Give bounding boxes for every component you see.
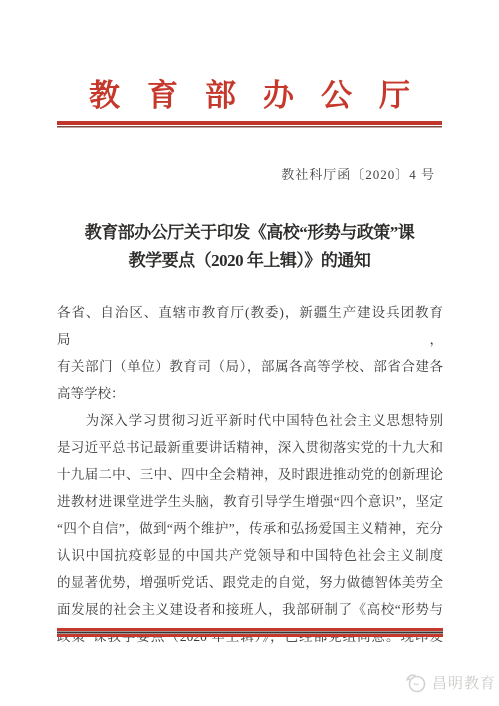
footer-rule (57, 628, 443, 637)
text-line: 高等学校： (57, 380, 443, 407)
recipients-paragraph: 各省、自治区、直辖市教育厅(教委)，新疆生产建设兵团教育局，有关部门（单位）教育… (57, 299, 443, 407)
changming-logo-icon (404, 670, 428, 694)
notice-title: 教育部办公厅关于印发《高校“形势与政策”课 教学要点（2020 年上辑）》的通知 (0, 219, 499, 275)
document-page: 教育部办公厅 教社科厅函〔2020〕4 号 教育部办公厅关于印发《高校“形势与政… (0, 0, 499, 706)
title-line-2: 教学要点（2020 年上辑）》的通知 (0, 247, 499, 275)
body-paragraph: 为深入学习贯彻习近平新时代中国特色社会主义思想特别是习近平总书记最新重要讲话精神… (57, 407, 443, 650)
notice-body: 各省、自治区、直辖市教育厅(教委)，新疆生产建设兵团教育局，有关部门（单位）教育… (57, 299, 443, 650)
doc-number: 教社科厅函〔2020〕4 号 (0, 164, 499, 183)
text-line: 的显著优势，增强听党话、跟党走的自觉，努力做德智体美劳全 (57, 569, 443, 596)
text-line: 进教材进课堂进学生头脑，教育引导学生增强“四个意识”，坚定 (57, 488, 443, 515)
text-line: 各省、自治区、直辖市教育厅(教委)，新疆生产建设兵团教育局， (57, 299, 443, 353)
text-line: 有关部门（单位）教育司（局），部属各高等学校、部省合建各 (57, 353, 443, 380)
text-line: “四个自信”，做到“两个维护”，传承和弘扬爱国主义精神，充分 (57, 515, 443, 542)
text-line: 是习近平总书记最新重要讲话精神，深入贯彻落实党的十九大和 (57, 434, 443, 461)
watermark-label: 昌明教育 (432, 672, 496, 693)
title-line-1: 教育部办公厅关于印发《高校“形势与政策”课 (0, 219, 499, 247)
text-line: 认识中国抗疫彰显的中国共产党领导和中国特色社会主义制度 (57, 542, 443, 569)
text-line: 面发展的社会主义建设者和接班人，我部研制了《高校“形势与 (57, 596, 443, 623)
header-rule (57, 121, 442, 129)
watermark: 昌明教育 (404, 670, 496, 694)
text-line: 为深入学习贯彻习近平新时代中国特色社会主义思想特别 (57, 407, 443, 434)
text-line: 十九届二中、三中、四中全会精神，及时跟进推动党的创新理论 (57, 461, 443, 488)
agency-name: 教育部办公厅 (0, 70, 499, 115)
